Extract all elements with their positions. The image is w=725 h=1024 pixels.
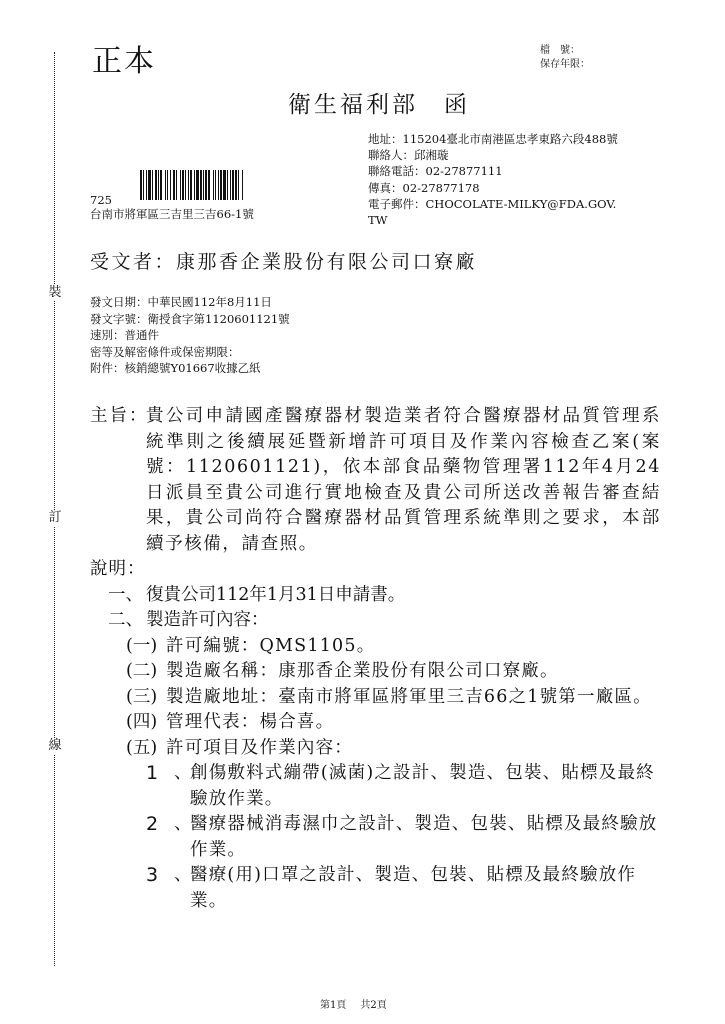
permit-item-number: 3 (146, 863, 174, 914)
permit-item-text: 創傷敷料式繃帶(滅菌)之設計、製造、包裝、貼標及最終驗放作業。 (190, 761, 665, 812)
page-number: 第1頁 (320, 1000, 346, 1011)
page-footer: 第1頁共2頁 (320, 996, 387, 1011)
explanation-item: 一、 復貴公司112年1月31日申請書。 (90, 583, 665, 609)
binding-margin-line (54, 52, 55, 966)
permit-item-text: 醫療(用)口罩之設計、製造、包裝、貼標及最終驗放作業。 (190, 863, 665, 914)
permit-item-text: 醫療器械消毒濕巾之設計、製造、包裝、貼標及最終驗放作業。 (190, 812, 665, 863)
item-text: 復貴公司112年1月31日申請書。 (146, 583, 405, 609)
issuer-name: 衛生福利部 (288, 92, 418, 118)
recipient: 受文者：康那香企業股份有限公司口寮廠 (90, 247, 477, 274)
sub-item-text: 製造廠地址：臺南市將軍區將軍里三吉66之1號第一廠區。 (166, 685, 654, 711)
sub-item-text: 許可項目及作業內容： (166, 736, 654, 762)
file-number-label: 檔 號： (540, 44, 580, 58)
contact-person: 聯絡人：邱湘璇 (368, 147, 618, 163)
sub-item-text: 製造廠名稱：康那香企業股份有限公司口寮廠。 (166, 659, 654, 685)
sub-item-number: (五) (126, 736, 166, 762)
mailing-address: 台南市將軍區三吉里三吉66-1號 (90, 207, 254, 221)
permit-detail: (五) 許可項目及作業內容： (90, 736, 665, 762)
permit-detail: (一) 許可編號：QMS1105。 (90, 634, 665, 660)
explanation-label: 說明： (90, 557, 665, 583)
retention-label: 保存年限： (540, 58, 590, 72)
contact-email-cont: TW (368, 212, 618, 228)
contact-address: 地址：115204臺北市南港區忠孝東路六段488號 (368, 131, 618, 147)
subject-label: 主旨： (90, 404, 146, 557)
sub-item-text: 管理代表：楊合喜。 (166, 710, 654, 736)
issue-date: 發文日期：中華民國112年8月11日 (90, 294, 290, 311)
postal-code: 725 (90, 193, 254, 207)
mailing-address-block: 725 台南市將軍區三吉里三吉66-1號 (90, 193, 254, 221)
file-meta: 檔 號： 保存年限： (540, 44, 590, 72)
contact-block: 地址：115204臺北市南港區忠孝東路六段488號 聯絡人：邱湘璇 聯絡電話：0… (368, 131, 618, 228)
sub-item-text: 許可編號：QMS1105。 (166, 634, 654, 660)
document-title: 衛生福利部函 (288, 86, 470, 119)
sub-item-number: (三) (126, 685, 166, 711)
contact-phone: 聯絡電話：02-27877111 (368, 163, 618, 179)
explanation-item: 二、 製造許可內容： (90, 608, 665, 634)
permit-item-number: 2 (146, 812, 174, 863)
sub-item-number: (一) (126, 634, 166, 660)
sub-item-number: (二) (126, 659, 166, 685)
item-text: 製造許可內容： (146, 608, 269, 634)
document-meta: 發文日期：中華民國112年8月11日 發文字號：衛授食字第1120601121號… (90, 294, 290, 377)
binding-char-xian: 線 (47, 738, 63, 754)
contact-email: 電子郵件：CHOCOLATE-MILKY@FDA.GOV. (368, 196, 618, 212)
document-type: 函 (444, 92, 470, 118)
permit-item-separator: 、 (174, 863, 190, 914)
permit-detail: (四) 管理代表：楊合喜。 (90, 710, 665, 736)
copy-label: 正本 (92, 36, 156, 80)
permit-item: 3 、 醫療(用)口罩之設計、製造、包裝、貼標及最終驗放作業。 (90, 863, 665, 914)
permit-item: 1 、 創傷敷料式繃帶(滅菌)之設計、製造、包裝、貼標及最終驗放作業。 (90, 761, 665, 812)
permit-item-separator: 、 (174, 812, 190, 863)
item-number: 一、 (108, 583, 146, 609)
permit-item: 2 、 醫療器械消毒濕巾之設計、製造、包裝、貼標及最終驗放作業。 (90, 812, 665, 863)
security-level: 密等及解密條件或保密期限： (90, 344, 290, 361)
permit-item-number: 1 (146, 761, 174, 812)
document-number: 發文字號：衛授食字第1120601121號 (90, 311, 290, 328)
page-total: 共2頁 (360, 1000, 386, 1011)
item-number: 二、 (108, 608, 146, 634)
document-body: 主旨： 貴公司申請國產醫療器材製造業者符合醫療器材品質管理系統準則之後續展延暨新… (90, 404, 665, 914)
contact-fax: 傳真：02-27877178 (368, 180, 618, 196)
permit-detail: (三) 製造廠地址：臺南市將軍區將軍里三吉66之1號第一廠區。 (90, 685, 665, 711)
binding-char-ding: 訂 (47, 510, 63, 526)
attachment: 附件：核銷總號Y01667收據乙紙 (90, 360, 290, 377)
subject-text: 貴公司申請國產醫療器材製造業者符合醫療器材品質管理系統準則之後續展延暨新增許可項… (146, 404, 661, 557)
permit-detail: (二) 製造廠名稱：康那香企業股份有限公司口寮廠。 (90, 659, 665, 685)
delivery-speed: 速別：普通件 (90, 327, 290, 344)
binding-char-zhuang: 裝 (47, 285, 63, 301)
subject-section: 主旨： 貴公司申請國產醫療器材製造業者符合醫療器材品質管理系統準則之後續展延暨新… (90, 404, 665, 557)
sub-item-number: (四) (126, 710, 166, 736)
permit-item-separator: 、 (174, 761, 190, 812)
